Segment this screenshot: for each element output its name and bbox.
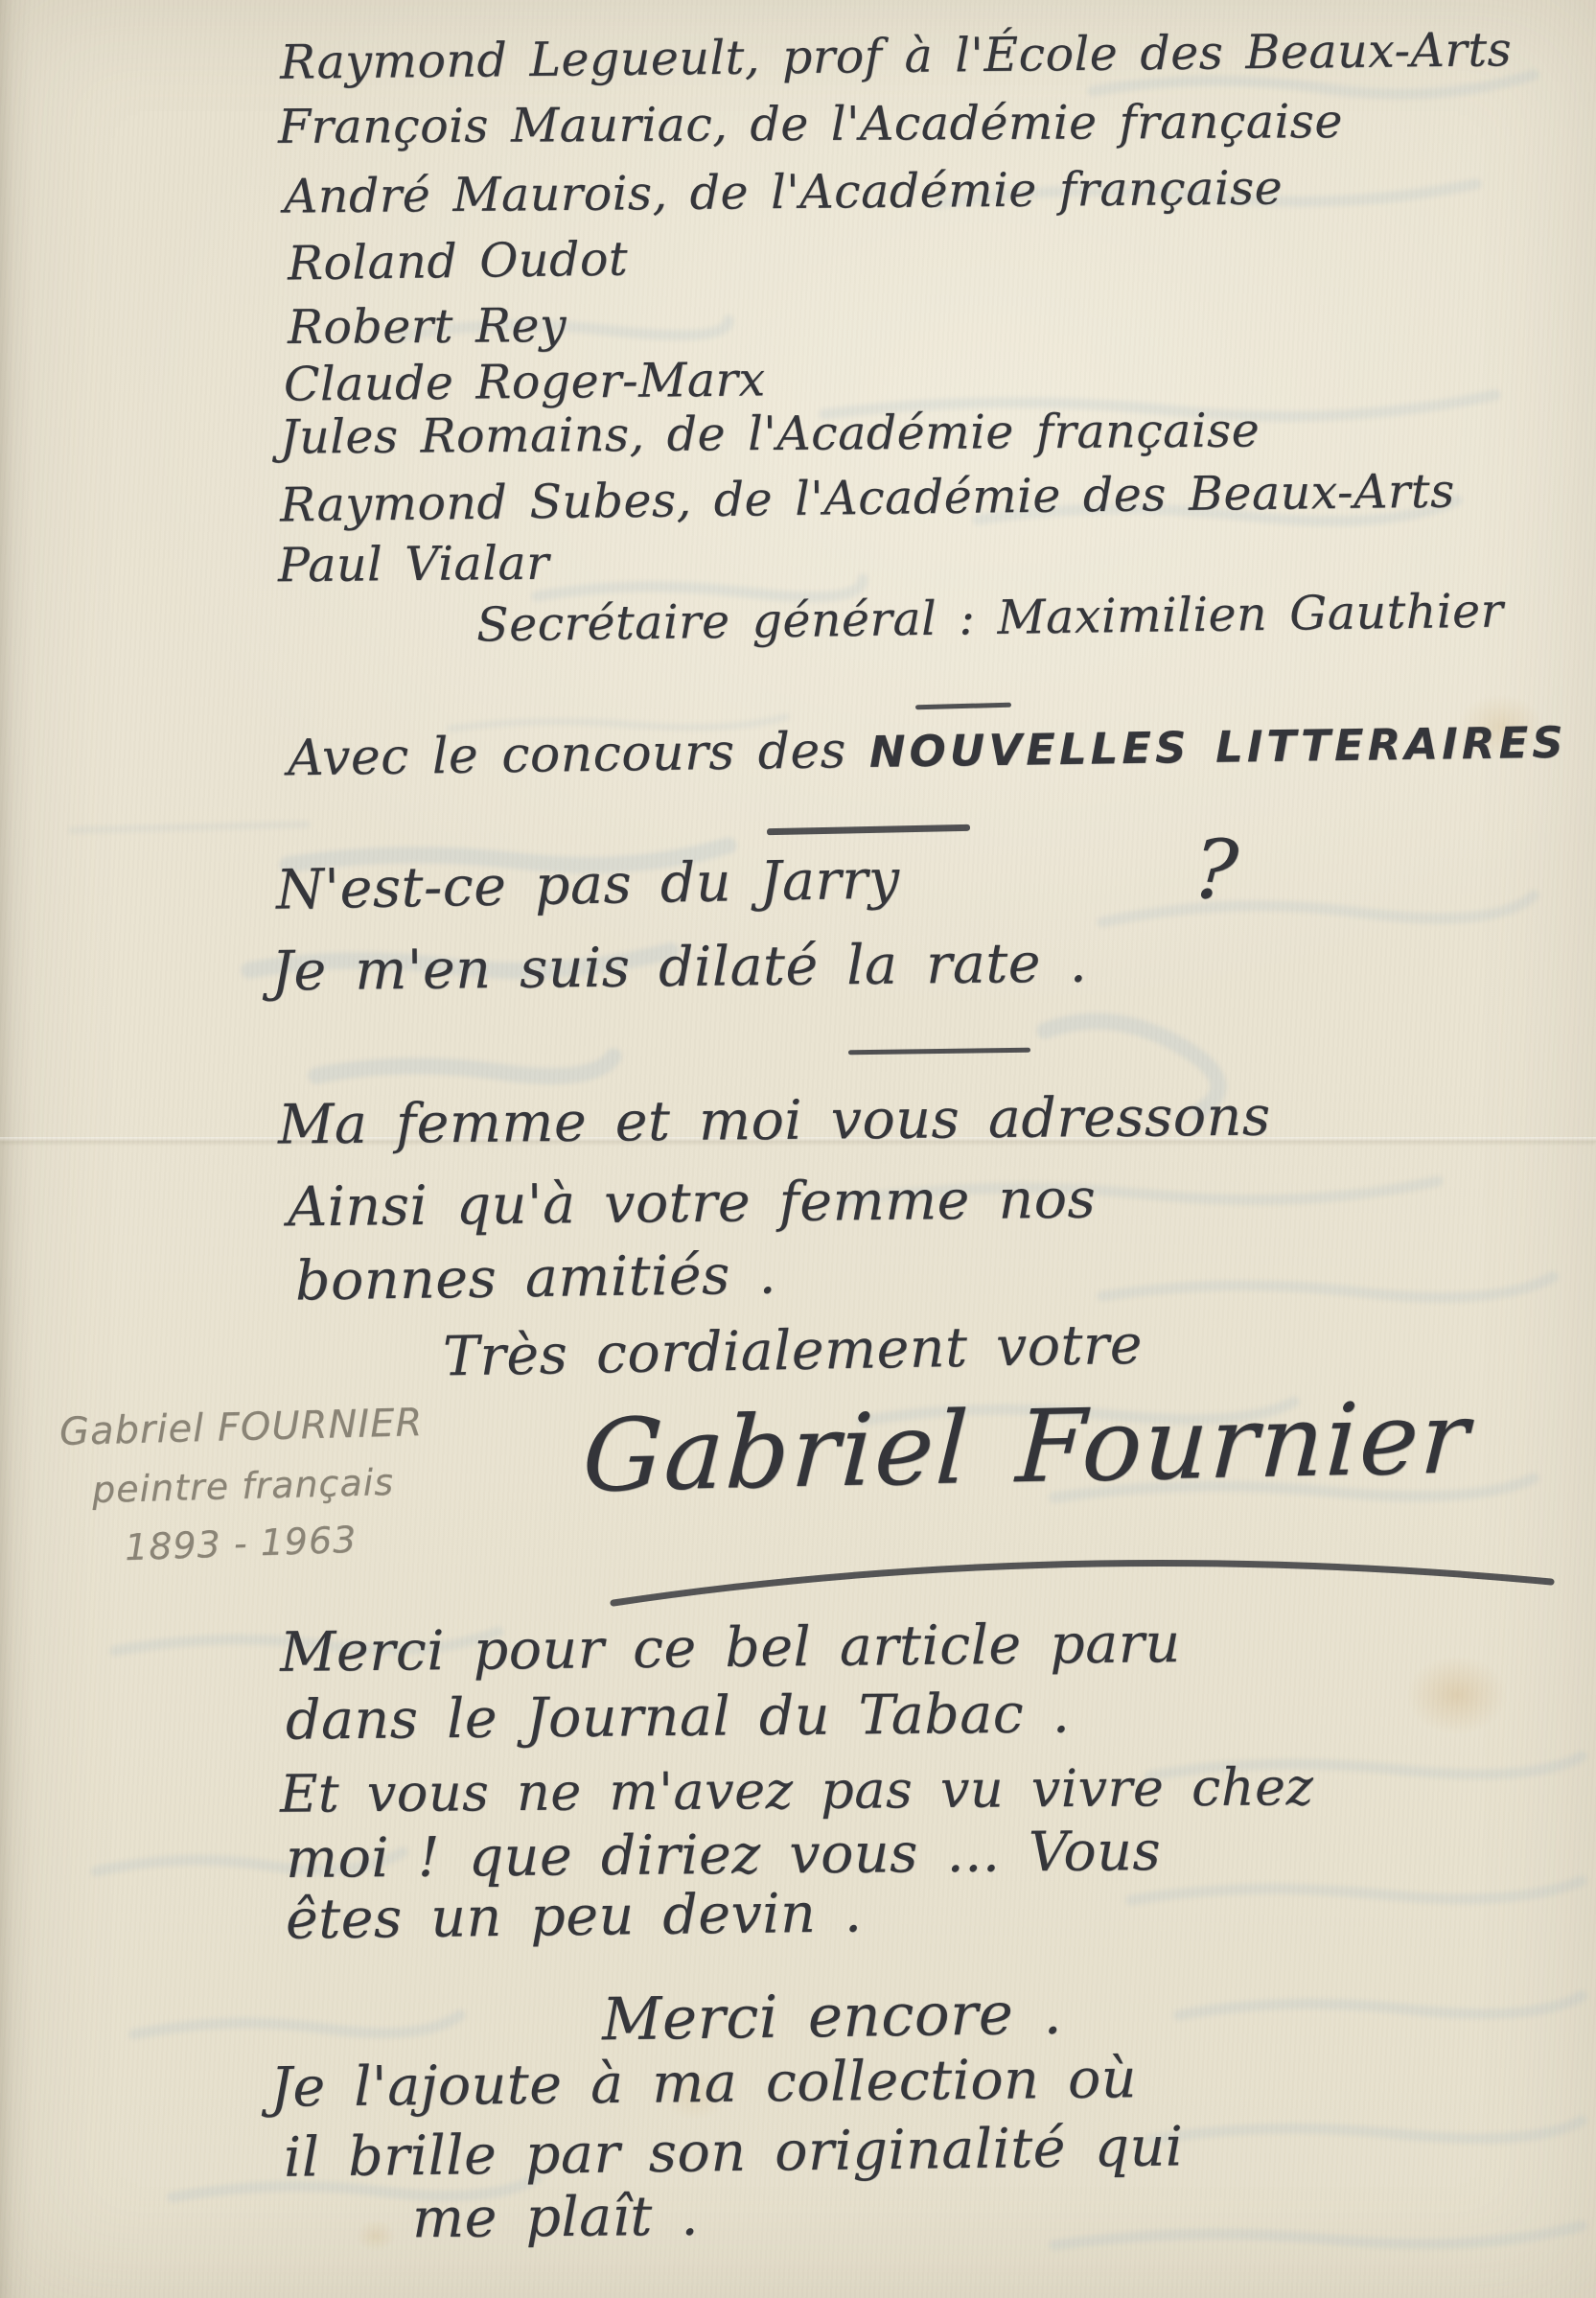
committee-name: Raymond Subes, de l'Académie des Beaux-A… — [280, 464, 1455, 533]
committee-name: Raymond Legueult, prof à l'École des Bea… — [280, 22, 1513, 89]
closing-line: Très cordialement votre — [442, 1313, 1143, 1389]
postscript-line: Merci encore . — [602, 1980, 1063, 2054]
rate-line: Je m'en suis dilaté la rate . — [271, 932, 1088, 1004]
question-mark: ? — [1191, 821, 1241, 919]
ink-dash — [848, 1048, 1030, 1056]
closing-line: Ainsi qu'à votre femme nos — [288, 1168, 1097, 1240]
committee-name: Roland Oudot — [288, 232, 629, 291]
closing-line: bonnes amitiés . — [295, 1242, 777, 1312]
ink-underline — [767, 824, 970, 835]
ink-dash — [915, 703, 1011, 710]
committee-name: André Maurois, de l'Académie française — [284, 160, 1284, 223]
postscript-line: Et vous ne m'avez pas vu vivre chez — [280, 1756, 1314, 1824]
committee-name: Robert Rey — [288, 298, 567, 355]
postscript-line: me plaît . — [412, 2185, 700, 2251]
postscript-line: il brille par son originalité qui — [284, 2115, 1184, 2189]
letter-page: Raymond Legueult, prof à l'École des Bea… — [0, 0, 1596, 2298]
pencil-note-dates: 1893 - 1963 — [124, 1519, 358, 1568]
concours-caps: NOUVELLES LITTERAIRES — [869, 717, 1567, 778]
secretary-line: Secrétaire général : Maximilien Gauthier — [476, 584, 1504, 653]
closing-line: Ma femme et moi vous adressons — [278, 1084, 1271, 1156]
postscript-line: moi ! que diriez vous ... Vous — [286, 1820, 1162, 1891]
postscript-line: Merci pour ce bel article paru — [280, 1612, 1181, 1684]
committee-name: Paul Vialar — [278, 536, 550, 592]
signature: Gabriel Fournier — [580, 1379, 1473, 1515]
pencil-note-name: Gabriel FOURNIER — [58, 1401, 423, 1454]
concours-script: Avec le concours des — [288, 722, 847, 787]
postscript-line: êtes un peu devin . — [286, 1881, 863, 1951]
concours-line: Avec le concours des NOUVELLES LITTERAIR… — [288, 712, 1567, 788]
postscript-line: Je l'ajoute à ma collection où — [270, 2047, 1138, 2119]
committee-name: Jules Romains, de l'Académie française — [280, 403, 1261, 464]
postscript-line: dans le Journal du Tabac . — [286, 1682, 1071, 1752]
pencil-note-profession: peintre français — [91, 1461, 394, 1511]
committee-name: François Mauriac, de l'Académie français… — [278, 94, 1343, 154]
jarry-line: N'est-ce pas du Jarry — [275, 847, 900, 921]
committee-name: Claude Roger-Marx — [284, 352, 766, 411]
